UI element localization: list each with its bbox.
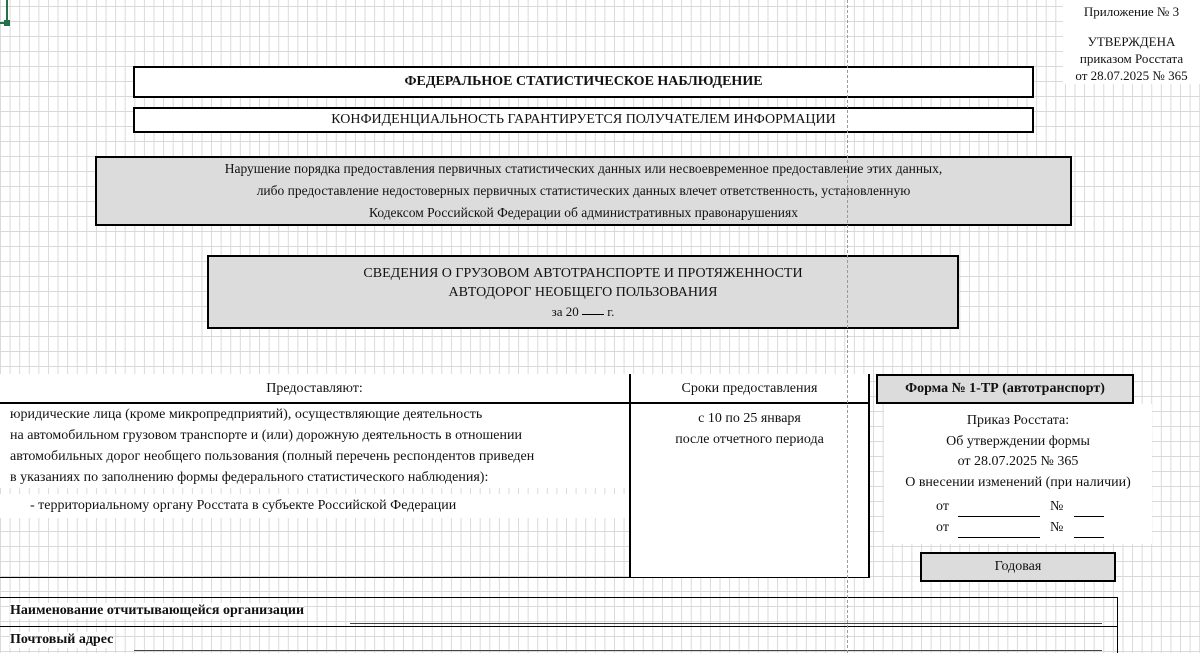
org-name-label: Наименование отчитывающейся организации (10, 603, 304, 619)
reporting-period: за 20 ___ г. (552, 302, 615, 321)
federal-observation-text: ФЕДЕРАЛЬНОЕ СТАТИСТИЧЕСКОЕ НАБЛЮДЕНИЕ (404, 74, 762, 90)
amend-date-field[interactable] (958, 497, 1040, 517)
deadline-header: Сроки предоставления (629, 374, 868, 404)
period-prefix: за 20 (552, 304, 579, 319)
federal-observation-banner: ФЕДЕРАЛЬНОЕ СТАТИСТИЧЕСКОЕ НАБЛЮДЕНИЕ (133, 66, 1034, 98)
page-break-line (847, 0, 848, 653)
amend-number-field[interactable] (1074, 518, 1104, 538)
postal-address-label: Почтовый адрес (10, 632, 113, 648)
postal-address-row: Почтовый адрес (0, 627, 1118, 653)
approval-block: Приложение № 3 УТВЕРЖДЕНА приказом Росст… (1063, 0, 1200, 84)
order-line: Об утверждении формы (884, 432, 1152, 453)
providers-description: юридические лица (кроме микропредприятий… (0, 404, 629, 488)
order-line: Приказ Росстата: (884, 411, 1152, 432)
org-name-field[interactable] (350, 623, 1102, 624)
approved-order: приказом Росстата (1063, 50, 1200, 67)
amend-number-field[interactable] (1074, 497, 1104, 517)
warning-line: Кодексом Российской Федерации об админис… (369, 202, 798, 224)
period-year-field[interactable]: ___ (582, 302, 604, 315)
amendment-row: от № (884, 497, 1152, 517)
form-number-box: Форма № 1-ТР (автотранспорт) (876, 374, 1134, 404)
order-line: от 28.07.2025 № 365 (884, 452, 1152, 473)
form-title-line2: АВТОДОРОГ НЕОБЩЕГО ПОЛЬЗОВАНИЯ (449, 283, 718, 302)
deadline-header-text: Сроки предоставления (682, 381, 818, 397)
liability-warning-box: Нарушение порядка предоставления первичн… (95, 156, 1072, 226)
amendment-row: от № (884, 518, 1152, 538)
providers-header-text: Предоставляют: (266, 381, 362, 397)
amend-from-label: от (936, 497, 949, 518)
amend-no-label: № (1050, 518, 1063, 539)
order-line: О внесении изменений (при наличии) (884, 473, 1152, 494)
providers-line: в указаниях по заполнению формы федераль… (10, 467, 629, 488)
approved-order-date: от 28.07.2025 № 365 (1063, 67, 1200, 84)
confidentiality-banner: КОНФИДЕНЦИАЛЬНОСТЬ ГАРАНТИРУЕТСЯ ПОЛУЧАТ… (133, 107, 1034, 133)
organization-name-row: Наименование отчитывающейся организации (0, 597, 1118, 627)
warning-line: либо предоставление недостоверных первич… (257, 180, 911, 202)
providers-header: Предоставляют: (0, 374, 629, 404)
appendix-label: Приложение № 3 (1063, 0, 1200, 25)
periodicity-label: Годовая (995, 559, 1042, 575)
amend-from-label: от (936, 518, 949, 539)
recipient-item: - территориальному органу Росстата в суб… (0, 494, 629, 518)
form-number: Форма № 1-ТР (автотранспорт) (905, 381, 1105, 397)
confidentiality-text: КОНФИДЕНЦИАЛЬНОСТЬ ГАРАНТИРУЕТСЯ ПОЛУЧАТ… (331, 112, 836, 128)
amend-no-label: № (1050, 497, 1063, 518)
deadline-cell: с 10 по 25 января после отчетного период… (629, 404, 868, 577)
approved-label: УТВЕРЖДЕНА (1063, 33, 1200, 50)
deadline-line: после отчетного периода (631, 429, 868, 450)
postal-address-field[interactable] (134, 650, 1102, 651)
form-title-line1: СВЕДЕНИЯ О ГРУЗОВОМ АВТОТРАНСПОРТЕ И ПРО… (363, 264, 802, 283)
amend-date-field[interactable] (958, 518, 1040, 538)
active-cell-cursor[interactable] (0, 0, 8, 24)
providers-line: автомобильных дорог необщего пользования… (10, 446, 629, 467)
form-order-info: Приказ Росстата: Об утверждении формы от… (884, 404, 1152, 544)
period-suffix: г. (607, 304, 614, 319)
providers-line: на автомобильном грузовом транспорте и (… (10, 425, 629, 446)
periodicity-box: Годовая (920, 552, 1116, 582)
providers-line: юридические лица (кроме микропредприятий… (10, 404, 629, 425)
warning-line: Нарушение порядка предоставления первичн… (225, 158, 943, 180)
deadline-line: с 10 по 25 января (631, 408, 868, 429)
